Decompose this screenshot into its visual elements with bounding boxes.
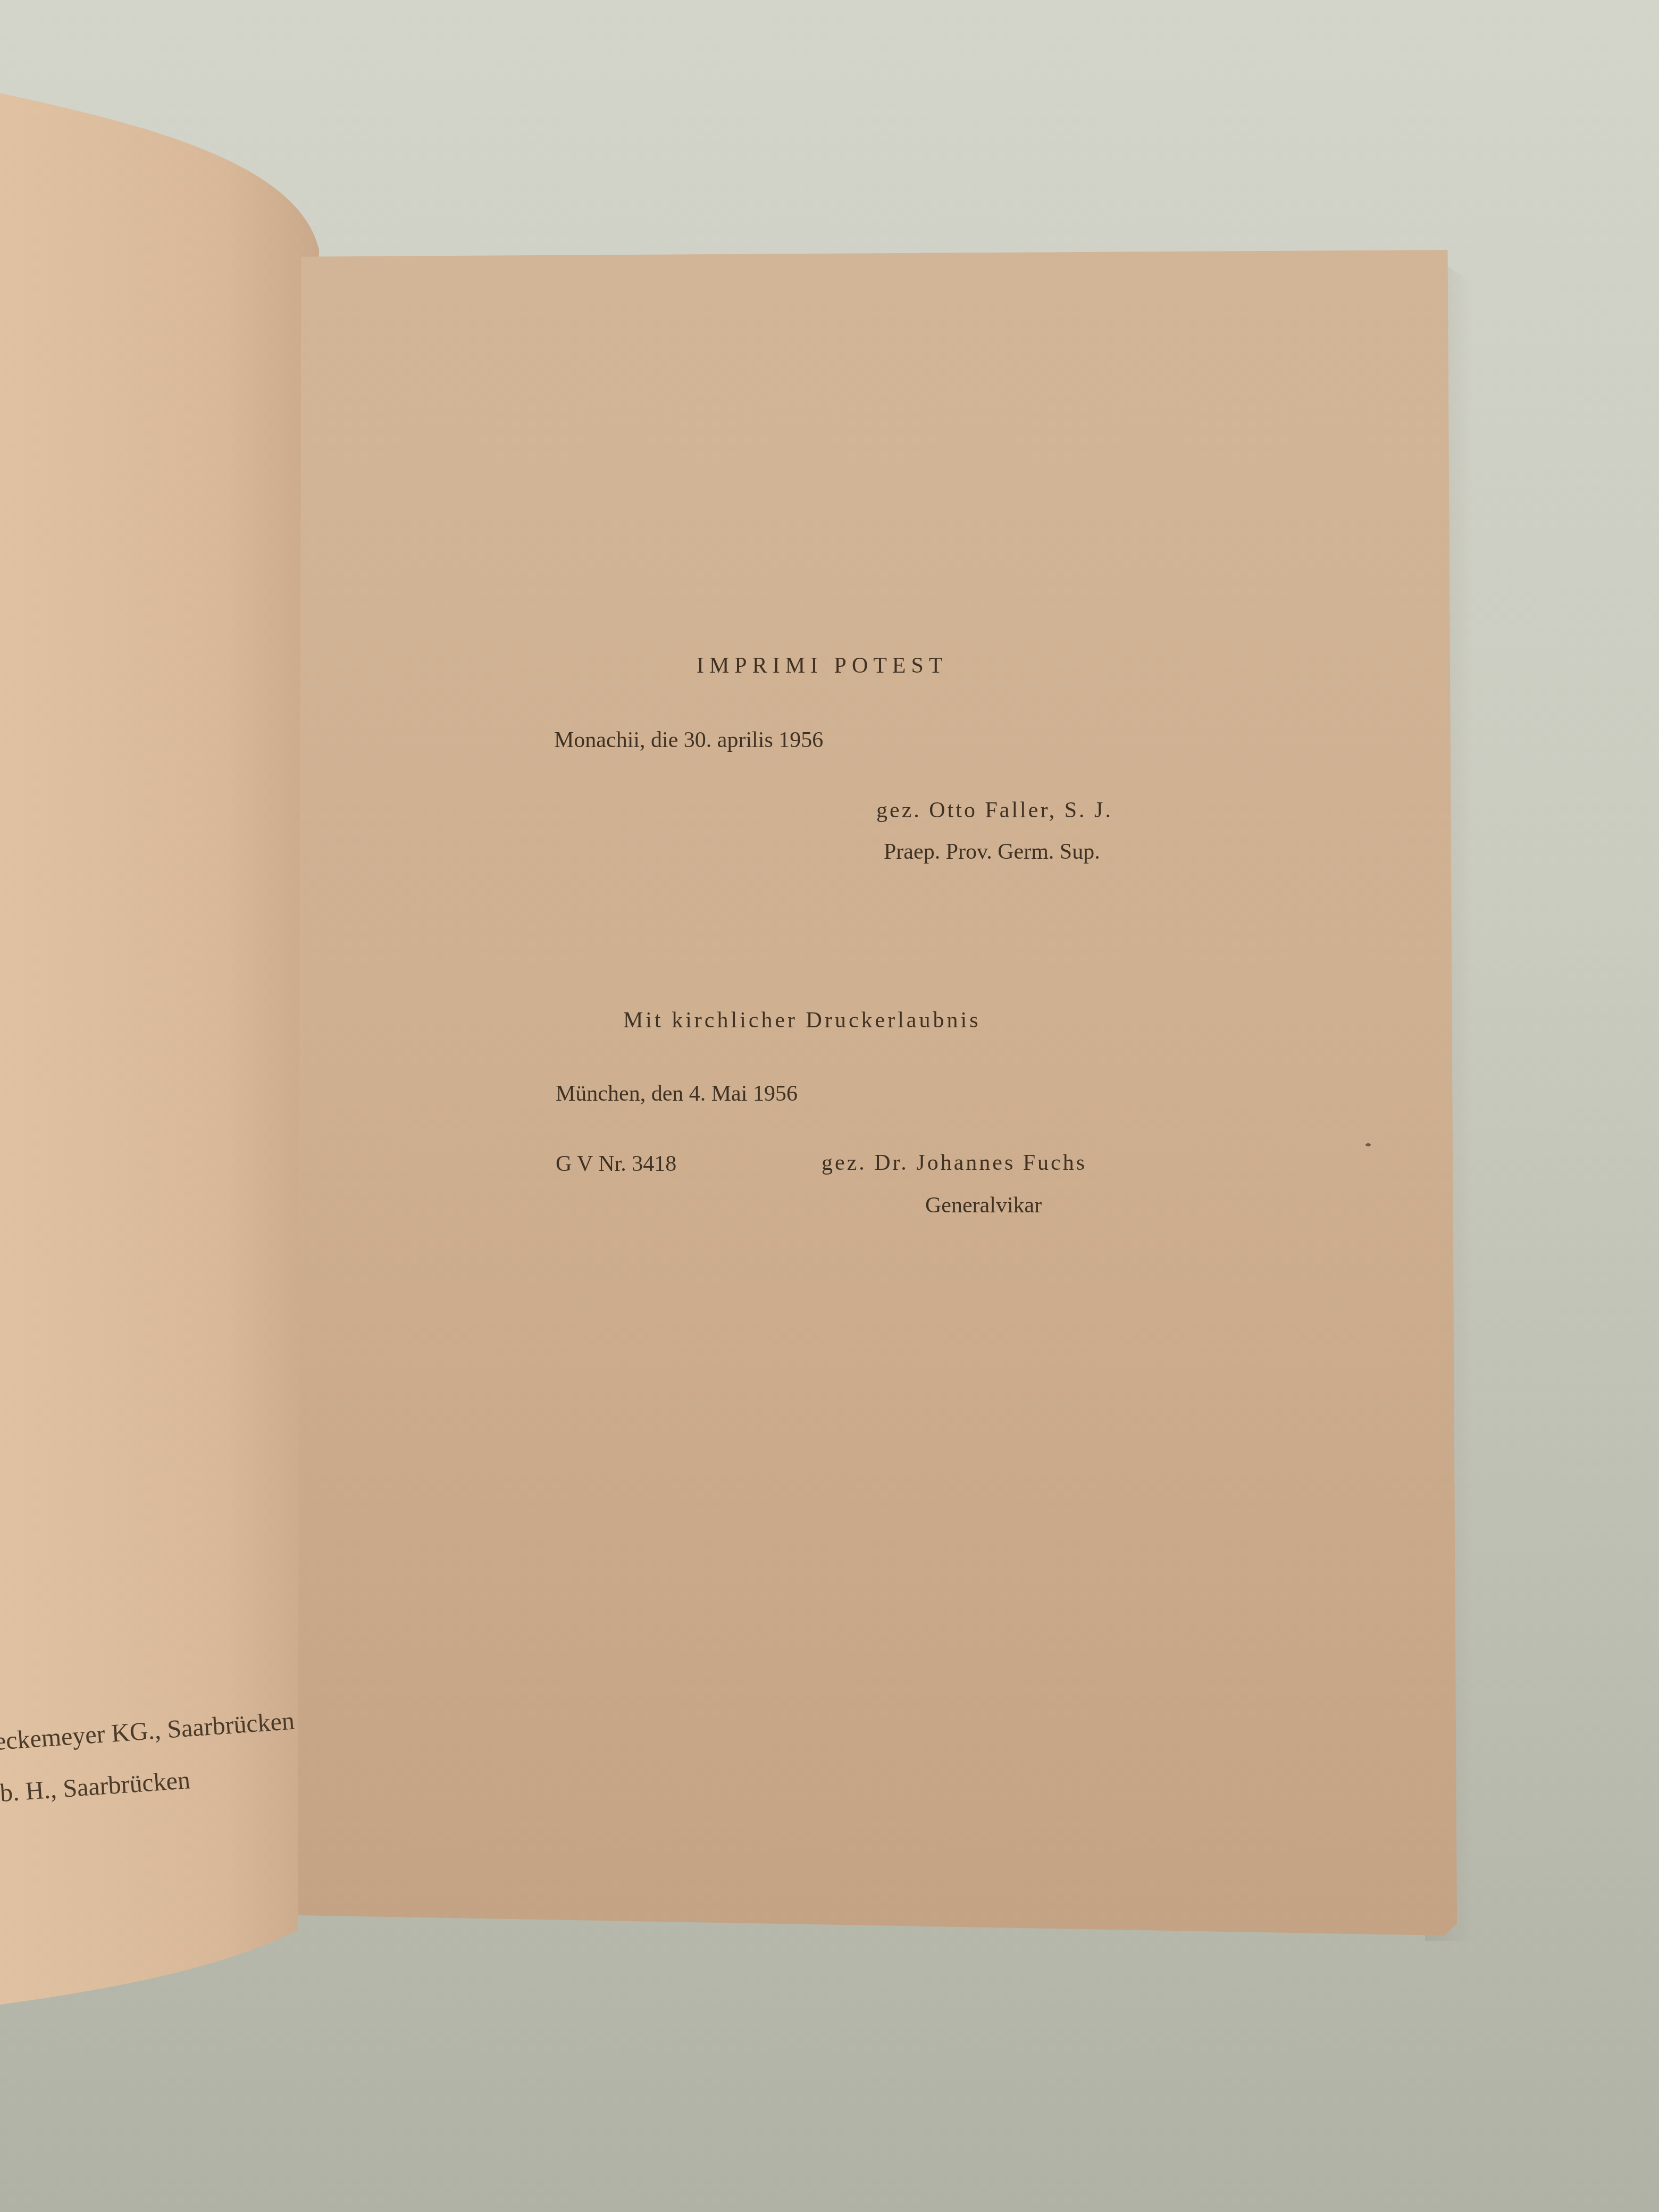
paper-speck: [1365, 1143, 1371, 1146]
imprimi-potest-signature: gez. Otto Faller, S. J.: [876, 798, 1113, 823]
right-page: [298, 250, 1457, 1935]
druckerlaubnis-signature: gez. Dr. Johannes Fuchs: [822, 1150, 1087, 1176]
book-photo-scene: eckemeyer KG., Saarbrücken b. H., Saarbr…: [0, 0, 1659, 2212]
imprimi-potest-title: Praep. Prov. Germ. Sup.: [884, 839, 1100, 865]
imprimi-potest-place-date: Monachii, die 30. aprilis 1956: [554, 727, 823, 753]
left-page: eckemeyer KG., Saarbrücken b. H., Saarbr…: [0, 0, 330, 2212]
imprimi-potest-heading: IMPRIMI POTEST: [697, 653, 948, 678]
druckerlaubnis-heading: Mit kirchlicher Druckerlaubnis: [623, 1008, 981, 1033]
druckerlaubnis-reference: G V Nr. 3418: [556, 1151, 676, 1177]
left-page-shape: [0, 0, 330, 2212]
druckerlaubnis-place-date: München, den 4. Mai 1956: [556, 1081, 798, 1107]
druckerlaubnis-title: Generalvikar: [925, 1193, 1042, 1218]
